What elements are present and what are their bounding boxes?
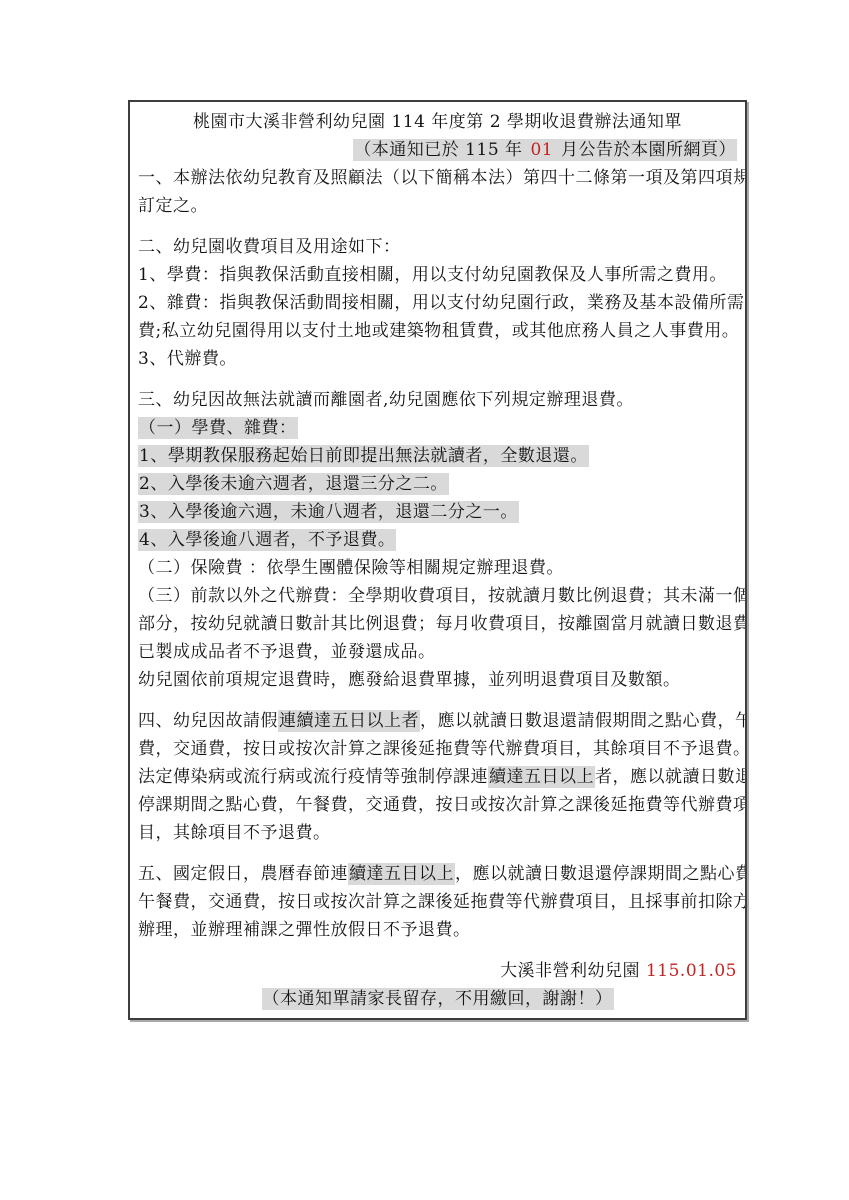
red-text: 115.01.05: [646, 961, 737, 981]
text-segment: 2、雜費：指與教保活動間接相關，用以支付幼兒園行政，業務及基本設備所需之: [138, 293, 747, 313]
highlighted-red-text: 01: [529, 139, 554, 161]
doc-line: 三、幼兒因故無法就讀而離園者,幼兒園應依下列規定辦理退費。: [138, 386, 737, 414]
doc-line: 五、國定假日，農曆春節連續達五日以上，應以就讀日數退還停課期間之點心費，: [138, 860, 737, 888]
paragraph-spacer: [138, 220, 737, 233]
highlighted-text: 2、入學後未逾六週者，退還三分之二。: [138, 473, 449, 495]
text-segment: 費，交通費，按日或按次計算之課後延拖費等代辦費項目，其餘項目不予退費。因: [138, 739, 747, 759]
text-segment: 3、代辦費。: [138, 349, 237, 369]
doc-line: 已製成成品者不予退費，並發還成品。: [138, 638, 737, 666]
doc-line: 訂定之。: [138, 192, 737, 220]
notice-border-box: 桃園市大溪非營利幼兒園 114 年度第 2 學期收退費辦法通知單 （本通知已於 …: [128, 100, 747, 1020]
doc-line: 費;私立幼兒園得用以支付土地或建築物租賃費，或其他庶務人員之人事費用。: [138, 317, 737, 345]
doc-line: 4、入學後逾八週者，不予退費。: [138, 526, 737, 554]
text-segment: 已製成成品者不予退費，並發還成品。: [138, 642, 436, 662]
paragraph-spacer: [138, 847, 737, 860]
doc-line: （本通知單請家長留存，不用繳回，謝謝！）: [138, 985, 737, 1013]
text-segment: 者，應以就讀日數退還: [595, 767, 747, 787]
text-segment: 部分，按幼兒就讀日數計其比例退費；每月收費項目，按離園當月就讀日數退費；: [138, 614, 747, 634]
doc-line: 法定傳染病或流行病或流行疫情等強制停課連續達五日以上者，應以就讀日數退還: [138, 763, 737, 791]
text-segment: 一、本辦法依幼兒教育及照顧法（以下簡稱本法）第四十二條第一項及第四項規定: [138, 168, 747, 188]
highlighted-text: 4、入學後逾八週者，不予退費。: [138, 529, 396, 551]
doc-line: （本通知已於 115 年 01 月公告於本園所網頁）: [138, 136, 737, 164]
paragraph-spacer: [138, 694, 737, 707]
doc-line: 午餐費，交通費，按日或按次計算之課後延拖費等代辦費項目，且採事前扣除方式: [138, 888, 737, 916]
doc-line: 二、幼兒園收費項目及用途如下：: [138, 233, 737, 261]
highlighted-text: 1、學期教保服務起始日前即提出無法就讀者，全數退還。: [138, 445, 589, 467]
text-segment: 二、幼兒園收費項目及用途如下：: [138, 237, 401, 257]
doc-line: 3、入學後逾六週，未逾八週者，退還二分之一。: [138, 498, 737, 526]
text-segment: 停課期間之點心費，午餐費，交通費，按日或按次計算之課後延拖費等代辦費項: [138, 795, 747, 815]
text-segment: 五、國定假日，農曆春節連: [138, 864, 348, 884]
doc-line: 幼兒園依前項規定退費時，應發給退費單據，並列明退費項目及數額。: [138, 666, 737, 694]
text-segment: 大溪非營利幼兒園: [500, 961, 646, 981]
highlighted-text: 續達五日以上: [488, 766, 595, 788]
doc-line: 辦理，並辦理補課之彈性放假日不予退費。: [138, 916, 737, 944]
doc-line: 1、學期教保服務起始日前即提出無法就讀者，全數退還。: [138, 442, 737, 470]
highlighted-text: （本通知單請家長留存，不用繳回，謝謝！）: [262, 988, 614, 1010]
highlighted-text: （一）學費、雜費：: [138, 417, 298, 439]
text-segment: 訂定之。: [138, 196, 208, 216]
text-segment: 法定傳染病或流行病或流行疫情等強制停課連: [138, 767, 488, 787]
text-segment: ，應以就讀日數退還請假期間之點心費，午餐: [420, 711, 747, 731]
doc-line: 1、學費：指與教保活動直接相關，用以支付幼兒園教保及人事所需之費用。: [138, 261, 737, 289]
text-segment: （二）保險費 ：依學生團體保險等相關規定辦理退費。: [138, 558, 564, 578]
text-segment: ，應以就讀日數退還停課期間之點心費，: [455, 864, 747, 884]
text-segment: 午餐費，交通費，按日或按次計算之課後延拖費等代辦費項目，且採事前扣除方式: [138, 892, 747, 912]
doc-line: 3、代辦費。: [138, 345, 737, 373]
text-segment: 幼兒園依前項規定退費時，應發給退費單據，並列明退費項目及數額。: [138, 670, 681, 690]
doc-line: （二）保險費 ：依學生團體保險等相關規定辦理退費。: [138, 554, 737, 582]
doc-line: （三）前款以外之代辦費：全學期收費項目，按就讀月數比例退費；其未滿一個月: [138, 582, 737, 610]
text-segment: 三、幼兒因故無法就讀而離園者,幼兒園應依下列規定辦理退費。: [138, 390, 634, 410]
doc-line: 費，交通費，按日或按次計算之課後延拖費等代辦費項目，其餘項目不予退費。因: [138, 735, 737, 763]
text-segment: （三）前款以外之代辦費：全學期收費項目，按就讀月數比例退費；其未滿一個月: [138, 586, 747, 606]
text-segment: 四、幼兒因故請假: [138, 711, 278, 731]
doc-line: 2、入學後未逾六週者，退還三分之二。: [138, 470, 737, 498]
text-segment: 辦理，並辦理補課之彈性放假日不予退費。: [138, 920, 471, 940]
paragraph-spacer: [138, 944, 737, 957]
paragraph-spacer: [138, 373, 737, 386]
doc-line: 停課期間之點心費，午餐費，交通費，按日或按次計算之課後延拖費等代辦費項: [138, 791, 737, 819]
doc-line: 目，其餘項目不予退費。: [138, 819, 737, 847]
text-segment: 目，其餘項目不予退費。: [138, 823, 331, 843]
highlighted-text: 連續達五日以上者: [278, 710, 420, 732]
text-segment: 費;私立幼兒園得用以支付土地或建築物租賃費，或其他庶務人員之人事費用。: [138, 321, 739, 341]
document-title: 桃園市大溪非營利幼兒園 114 年度第 2 學期收退費辦法通知單: [138, 108, 737, 136]
text-segment: 1、學費：指與教保活動直接相關，用以支付幼兒園教保及人事所需之費用。: [138, 265, 727, 285]
doc-line: 2、雜費：指與教保活動間接相關，用以支付幼兒園行政，業務及基本設備所需之: [138, 289, 737, 317]
highlighted-text: 月公告於本園所網頁）: [554, 139, 737, 161]
doc-line: （一）學費、雜費：: [138, 414, 737, 442]
doc-line: 大溪非營利幼兒園 115.01.05: [138, 957, 737, 985]
highlighted-text: （本通知已於 115 年: [353, 139, 529, 161]
doc-line: 四、幼兒因故請假連續達五日以上者，應以就讀日數退還請假期間之點心費，午餐: [138, 707, 737, 735]
document-content: （本通知已於 115 年 01 月公告於本園所網頁）一、本辦法依幼兒教育及照顧法…: [138, 136, 737, 1013]
highlighted-text: 3、入學後逾六週，未逾八週者，退還二分之一。: [138, 501, 519, 523]
document-page: 桃園市大溪非營利幼兒園 114 年度第 2 學期收退費辦法通知單 （本通知已於 …: [0, 0, 849, 1200]
doc-line: 一、本辦法依幼兒教育及照顧法（以下簡稱本法）第四十二條第一項及第四項規定: [138, 164, 737, 192]
doc-line: 部分，按幼兒就讀日數計其比例退費；每月收費項目，按離園當月就讀日數退費；: [138, 610, 737, 638]
highlighted-text: 續達五日以上: [348, 863, 455, 885]
